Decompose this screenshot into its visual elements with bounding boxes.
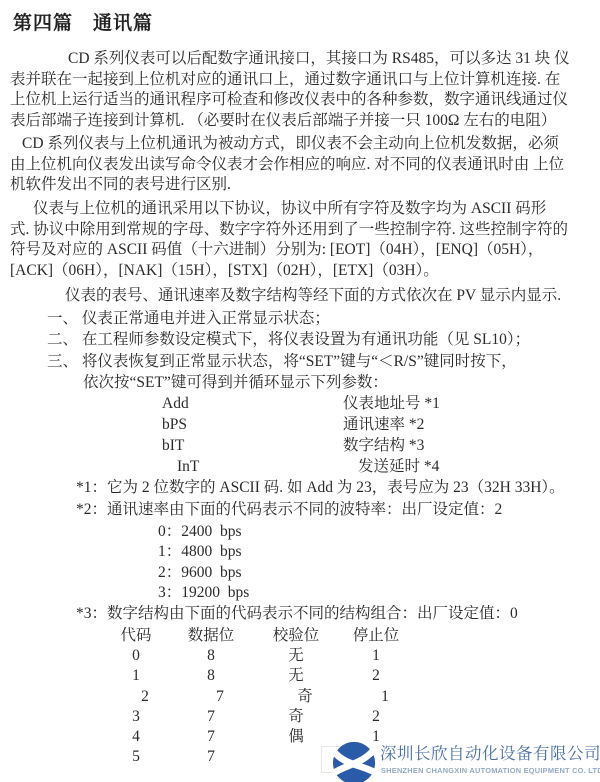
table-row: 1 8 无 2 bbox=[10, 666, 592, 686]
baud-rate-item: 1：4800 bps bbox=[10, 542, 592, 562]
paragraph-line: 上位机上运行适当的通讯程序可检查和修改仪表中的各种参数，数字通讯线通过仪 bbox=[10, 90, 592, 111]
table-cell: 8 bbox=[181, 666, 241, 686]
param-code: Add bbox=[162, 393, 189, 414]
table-row: 3 7 奇 2 bbox=[10, 707, 592, 727]
table-cell: 奇 bbox=[275, 687, 335, 707]
param-label: 仪表地址号 *1 bbox=[343, 393, 440, 414]
table-cell: 偶 bbox=[266, 727, 326, 747]
step-item-continuation: 依次按“SET”键可得到并循环显示下列参数： bbox=[10, 372, 592, 393]
param-row: bIT 数字结构 *3 bbox=[10, 435, 592, 456]
param-row: bPS 通讯速率 *2 bbox=[10, 414, 592, 435]
table-cell: 5 bbox=[106, 747, 166, 767]
param-label: 发送延时 *4 bbox=[358, 456, 439, 477]
paragraph-line: CD 系列仪表可以后配数字通讯接口，其接口为 RS485，可以多达 31 块 仪 bbox=[10, 49, 592, 70]
paragraph-line: 符号及对应的 ASCII 码值（十六进制）分别为: [EOT]（04H），[EN… bbox=[10, 240, 592, 261]
table-header-cell: 停止位 bbox=[346, 626, 406, 646]
paragraph-line: [ACK]（06H），[NAK]（15H），[STX]（02H），[ETX]（0… bbox=[10, 261, 592, 282]
table-cell: 1 bbox=[346, 646, 406, 666]
company-name-en: SHENZHEN CHANGXIN AUTOMATION EQUIPMENT C… bbox=[381, 766, 600, 775]
baud-rate-item: 0：2400 bps bbox=[10, 522, 592, 542]
table-cell: 1 bbox=[106, 666, 166, 686]
paragraph-line: 由上位机向仪表发出读写命令仪表才会作相应的响应. 对不同的仪表通讯时由 上位 bbox=[10, 155, 592, 176]
paragraph-line: 机软件发出不同的表号进行区别. bbox=[10, 175, 592, 196]
baud-rate-item: 3：19200 bps bbox=[10, 583, 592, 603]
table-header-cell: 数据位 bbox=[181, 626, 241, 646]
paragraph-line: 表后部端子连接到计算机. （必要时在仪表后部端子并接一只 100Ω 左右的电阻） bbox=[10, 111, 592, 132]
paragraph-pv-display: 仪表的表号、通讯速率及数字结构等经下面的方式依次在 PV 显示内显示. bbox=[10, 286, 592, 307]
paragraph-line: CD 系列仪表与上位机通讯为被动方式，即仪表不会主动向上位机发数据，必须 bbox=[10, 134, 592, 155]
table-cell: 无 bbox=[266, 666, 326, 686]
paragraph-line: 式. 协议中除用到常规的字母、数字字符外还用到了一些控制字符. 这些控制字符的 bbox=[10, 220, 592, 241]
table-cell: 7 bbox=[181, 707, 241, 727]
paragraph-line: 仪表的表号、通讯速率及数字结构等经下面的方式依次在 PV 显示内显示. bbox=[10, 286, 592, 307]
param-row: Add 仪表地址号 *1 bbox=[10, 393, 592, 414]
param-row: InT 发送延时 *4 bbox=[10, 456, 592, 477]
page-title: 第四篇 通讯篇 bbox=[13, 8, 153, 35]
table-cell: 7 bbox=[181, 747, 241, 767]
baud-rate-list: 0：2400 bps 1：4800 bps 2：9600 bps 3：19200… bbox=[10, 522, 592, 604]
table-cell: 8 bbox=[181, 646, 241, 666]
footnote-3: *3：数字结构由下面的代码表示不同的结构组合：出厂设定值：0 bbox=[10, 604, 592, 625]
param-code: bPS bbox=[162, 414, 187, 435]
table-row: 2 7 奇 1 bbox=[19, 687, 592, 707]
footnote-1: *1：它为 2 位数字的 ASCII 码. 如 Add 为 23，表号应为 23… bbox=[10, 478, 592, 499]
table-cell: 2 bbox=[346, 666, 406, 686]
company-logo-icon bbox=[331, 740, 377, 782]
table-cell: 无 bbox=[266, 646, 326, 666]
table-cell: 2 bbox=[346, 707, 406, 727]
footnote-text: *3：数字结构由下面的代码表示不同的结构组合：出厂设定值：0 bbox=[10, 604, 592, 625]
paragraph-intro: CD 系列仪表可以后配数字通讯接口，其接口为 RS485，可以多达 31 块 仪… bbox=[10, 49, 592, 131]
table-cell: 2 bbox=[115, 687, 175, 707]
step-list: 一、 仪表正常通电并进入正常显示状态； 二、 在工程师参数设定模式下，将仪表设置… bbox=[10, 308, 592, 394]
param-code: InT bbox=[177, 456, 199, 477]
param-label: 数字结构 *3 bbox=[343, 435, 424, 456]
footnote-text: *2：通讯速率由下面的代码表示不同的波特率：出厂设定值：2 bbox=[10, 500, 592, 521]
paragraph-passive-mode: CD 系列仪表与上位机通讯为被动方式，即仪表不会主动向上位机发数据，必须 由上位… bbox=[10, 134, 592, 196]
table-cell: 4 bbox=[106, 727, 166, 747]
step-item: 二、 在工程师参数设定模式下，将仪表设置为有通讯功能（见 SL10）； bbox=[10, 329, 592, 350]
table-cell: 奇 bbox=[266, 707, 326, 727]
param-code: bIT bbox=[162, 435, 184, 456]
footnote-2: *2：通讯速率由下面的代码表示不同的波特率：出厂设定值：2 bbox=[10, 500, 592, 521]
param-label: 通讯速率 *2 bbox=[343, 414, 424, 435]
footnote-text: *1：它为 2 位数字的 ASCII 码. 如 Add 为 23，表号应为 23… bbox=[10, 478, 592, 499]
table-cell: 1 bbox=[355, 687, 415, 707]
step-item: 三、 将仪表恢复到正常显示状态，将“SET”键与“＜R/S”键同时按下， bbox=[10, 351, 592, 372]
table-cell: 7 bbox=[190, 687, 250, 707]
table-row: 0 8 无 1 bbox=[10, 646, 592, 666]
document-page: 第四篇 通讯篇 CD 系列仪表可以后配数字通讯接口，其接口为 RS485，可以多… bbox=[0, 0, 600, 782]
table-cell: 0 bbox=[106, 646, 166, 666]
table-header-cell: 代码 bbox=[106, 626, 166, 646]
baud-rate-item: 2：9600 bps bbox=[10, 563, 592, 583]
table-header-cell: 校验位 bbox=[266, 626, 326, 646]
paragraph-protocol: 仪表与上位机的通讯采用以下协议，协议中所有字符及数字均为 ASCII 码形 式.… bbox=[10, 199, 592, 281]
paragraph-line: 表并联在一起接到上位机对应的通讯口上，通过数字通讯口与上位计算机连接. 在 bbox=[10, 70, 592, 91]
step-item: 一、 仪表正常通电并进入正常显示状态； bbox=[10, 308, 592, 329]
table-cell: 3 bbox=[106, 707, 166, 727]
parameter-list: Add 仪表地址号 *1 bPS 通讯速率 *2 bIT 数字结构 *3 InT… bbox=[10, 393, 592, 477]
company-name-cn: 深圳长欣自动化设备有限公司 bbox=[380, 743, 600, 765]
table-cell: 7 bbox=[181, 727, 241, 747]
paragraph-line: 仪表与上位机的通讯采用以下协议，协议中所有字符及数字均为 ASCII 码形 bbox=[10, 199, 592, 220]
table-header-row: 代码 数据位 校验位 停止位 bbox=[10, 626, 592, 646]
